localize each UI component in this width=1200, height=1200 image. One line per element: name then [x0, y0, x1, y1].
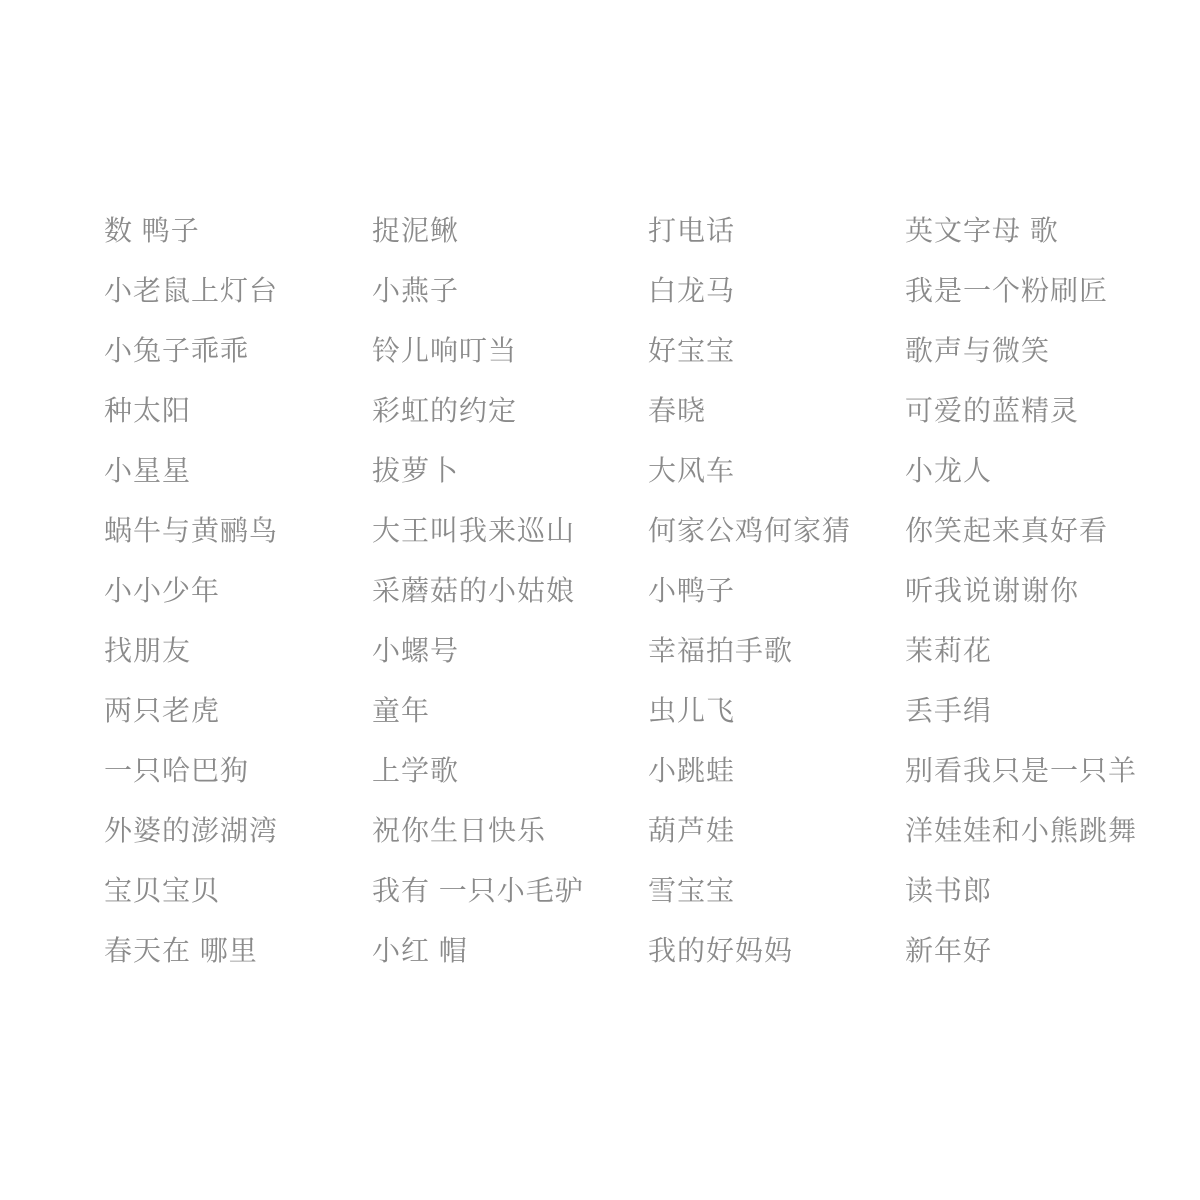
song-title: 数 鸭子	[104, 201, 372, 261]
song-title: 雪宝宝	[648, 861, 905, 921]
song-title: 祝你生日快乐	[372, 801, 648, 861]
song-grid: 数 鸭子 捉泥鳅 打电话 英文字母 歌 小老鼠上灯台 小燕子 白龙马 我是一个粉…	[104, 201, 1164, 981]
song-title: 虫儿飞	[648, 681, 905, 741]
song-title: 我是一个粉刷匠	[905, 261, 1164, 321]
song-title: 大王叫我来巡山	[372, 501, 648, 561]
song-title: 洋娃娃和小熊跳舞	[905, 801, 1164, 861]
song-title: 春天在 哪里	[104, 921, 372, 981]
song-title: 别看我只是一只羊	[905, 741, 1164, 801]
song-title: 拔萝卜	[372, 441, 648, 501]
song-title: 小小少年	[104, 561, 372, 621]
song-title: 小老鼠上灯台	[104, 261, 372, 321]
song-title: 大风车	[648, 441, 905, 501]
song-title: 小螺号	[372, 621, 648, 681]
song-title: 外婆的澎湖湾	[104, 801, 372, 861]
song-title: 上学歌	[372, 741, 648, 801]
song-title: 我有 一只小毛驴	[372, 861, 648, 921]
song-title: 读书郎	[905, 861, 1164, 921]
song-title: 白龙马	[648, 261, 905, 321]
song-title: 彩虹的约定	[372, 381, 648, 441]
song-title: 小跳蛙	[648, 741, 905, 801]
song-title: 你笑起来真好看	[905, 501, 1164, 561]
song-title: 小星星	[104, 441, 372, 501]
song-title: 童年	[372, 681, 648, 741]
song-title: 听我说谢谢你	[905, 561, 1164, 621]
song-title: 两只老虎	[104, 681, 372, 741]
song-title: 捉泥鳅	[372, 201, 648, 261]
song-title: 新年好	[905, 921, 1164, 981]
song-title: 幸福拍手歌	[648, 621, 905, 681]
song-title: 采蘑菇的小姑娘	[372, 561, 648, 621]
song-title: 小鸭子	[648, 561, 905, 621]
song-title: 宝贝宝贝	[104, 861, 372, 921]
song-title: 小红 帽	[372, 921, 648, 981]
song-title: 蜗牛与黄鹂鸟	[104, 501, 372, 561]
song-title: 我的好妈妈	[648, 921, 905, 981]
song-title: 好宝宝	[648, 321, 905, 381]
song-title: 茉莉花	[905, 621, 1164, 681]
song-list-page: 数 鸭子 捉泥鳅 打电话 英文字母 歌 小老鼠上灯台 小燕子 白龙马 我是一个粉…	[0, 0, 1200, 1200]
song-title: 小龙人	[905, 441, 1164, 501]
song-title: 一只哈巴狗	[104, 741, 372, 801]
song-title: 打电话	[648, 201, 905, 261]
song-title: 铃儿响叮当	[372, 321, 648, 381]
song-title: 小燕子	[372, 261, 648, 321]
song-title: 英文字母 歌	[905, 201, 1164, 261]
song-title: 找朋友	[104, 621, 372, 681]
song-title: 葫芦娃	[648, 801, 905, 861]
song-title: 何家公鸡何家猜	[648, 501, 905, 561]
song-title: 春晓	[648, 381, 905, 441]
song-title: 种太阳	[104, 381, 372, 441]
song-title: 小兔子乖乖	[104, 321, 372, 381]
song-title: 丢手绢	[905, 681, 1164, 741]
song-title: 可爱的蓝精灵	[905, 381, 1164, 441]
song-title: 歌声与微笑	[905, 321, 1164, 381]
